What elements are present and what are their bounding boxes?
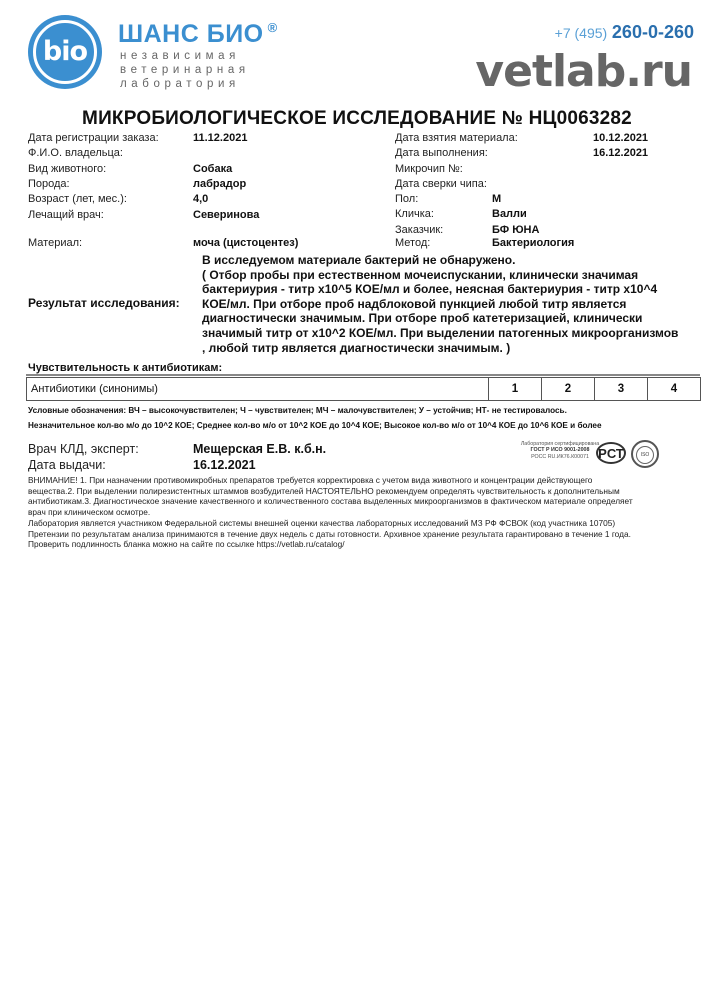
info-field-value: БФ ЮНА: [492, 224, 539, 236]
info-field-label: Дата регистрации заказа:: [28, 132, 159, 144]
lab-logo: bio: [28, 15, 102, 89]
info-field-label: Заказчик:: [395, 224, 443, 236]
pct-certification-icon: PСТ: [596, 442, 626, 464]
section-divider: [26, 374, 700, 376]
result-line: бактериурия - титр x10^5 КОЕ/мл и более,…: [202, 282, 702, 297]
result-line: КОЕ/мл. При отборе проб надблоковой пунк…: [202, 297, 702, 312]
phone-main: 260-0-260: [612, 22, 694, 42]
info-field-label: Вид животного:: [28, 163, 106, 175]
registered-mark: ®: [268, 20, 278, 35]
notes-block: ВНИМАНИЕ! 1. При назначении противомикро…: [28, 475, 698, 550]
info-field-label: Лечащий врач:: [28, 209, 104, 221]
info-field-value: М: [492, 193, 501, 205]
column-header-3: 3: [595, 378, 648, 401]
method-value: Бактериология: [492, 237, 574, 249]
legend-symbols: Условные обозначения: ВЧ – высокочувстви…: [28, 406, 567, 415]
tagline-line: лаборатория: [120, 78, 240, 90]
note-line: Проверить подлинность бланка можно на са…: [28, 539, 698, 550]
column-header-4: 4: [648, 378, 701, 401]
cert-standard: ГОСТ Р ИСО 9001-2008: [531, 447, 590, 453]
certification-text: Лаборатория сертифицирована ГОСТ Р ИСО 9…: [510, 441, 610, 460]
info-field-value: лабрадор: [193, 178, 246, 190]
info-field-label: Дата выполнения:: [395, 147, 488, 159]
result-line: , любой титр является диагностически зна…: [202, 341, 702, 356]
result-line: значимый титр от x10^2 КОЕ/мл. При выдел…: [202, 326, 702, 341]
expert-label: Врач КЛД, эксперт:: [28, 442, 139, 456]
iso-label: ISO: [636, 446, 654, 464]
info-field-value: 10.12.2021: [593, 132, 648, 144]
tagline-line: независимая: [120, 50, 240, 62]
sensitivity-title: Чувствительность к антибиотикам:: [28, 362, 222, 374]
note-line: врач при клиническом осмотре.: [28, 507, 698, 518]
phone-number: +7 (495) 260-0-260: [555, 22, 694, 43]
info-field-label: Ф.И.О. владельца:: [28, 147, 123, 159]
table-row: Антибиотики (синонимы) 1 2 3 4: [27, 378, 701, 401]
note-line: Претензии по результатам анализа принима…: [28, 529, 698, 540]
info-field-label: Пол:: [395, 193, 418, 205]
info-field-value: 4,0: [193, 193, 208, 205]
brand-name: ШАНС БИО®: [118, 20, 278, 49]
phone-prefix: +7 (495): [555, 25, 608, 41]
issue-date-value: 16.12.2021: [193, 458, 256, 472]
result-label: Результат исследования:: [28, 296, 180, 310]
note-line: антибиотикам.3. Диагностическое значение…: [28, 496, 698, 507]
result-line: ( Отбор пробы при естественном мочеиспус…: [202, 268, 702, 283]
note-line: Лаборатория является участником Федераль…: [28, 518, 698, 529]
note-line: ВНИМАНИЕ! 1. При назначении противомикро…: [28, 475, 698, 486]
document-title: МИКРОБИОЛОГИЧЕСКОЕ ИССЛЕДОВАНИЕ № НЦ0063…: [0, 108, 714, 130]
info-field-label: Дата сверки чипа:: [395, 178, 487, 190]
tagline-line: ветеринарная: [120, 64, 250, 76]
column-header-2: 2: [542, 378, 595, 401]
logo-text: bio: [28, 36, 102, 67]
expert-value: Мещерская Е.В. к.б.н.: [193, 442, 326, 456]
info-field-label: Микрочип №:: [395, 163, 463, 175]
info-field-label: Порода:: [28, 178, 70, 190]
cert-line: РОСС RU.ИК76.К00071: [510, 454, 610, 460]
result-line: диагностически значимым. При отборе проб…: [202, 311, 702, 326]
material-value: моча (цистоцентез): [193, 237, 298, 249]
brand-name-text: ШАНС БИО: [118, 20, 264, 48]
material-label: Материал:: [28, 237, 82, 249]
iso-seal-icon: ISO: [631, 440, 659, 468]
website-link[interactable]: vetlab.ru: [475, 46, 692, 97]
info-field-label: Дата взятия материала:: [395, 132, 518, 144]
info-field-value: 16.12.2021: [593, 147, 648, 159]
info-field-value: Валли: [492, 208, 527, 220]
antibiotic-header-cell: Антибиотики (синонимы): [27, 378, 489, 401]
info-field-value: Северинова: [193, 209, 259, 221]
info-field-label: Возраст (лет, мес.):: [28, 193, 127, 205]
result-text: В исследуемом материале бактерий не обна…: [202, 253, 702, 355]
column-header-1: 1: [489, 378, 542, 401]
info-field-label: Кличка:: [395, 208, 434, 220]
antibiotic-table: Антибиотики (синонимы) 1 2 3 4: [26, 377, 701, 401]
method-label: Метод:: [395, 237, 430, 249]
legend-quantities: Незначительное кол-во м/о до 10^2 КОЕ; С…: [28, 421, 602, 430]
note-line: вещества.2. При выделении полирезистентн…: [28, 486, 698, 497]
result-line: В исследуемом материале бактерий не обна…: [202, 253, 702, 268]
issue-date-label: Дата выдачи:: [28, 458, 106, 472]
info-field-value: Собака: [193, 163, 232, 175]
info-field-value: 11.12.2021: [193, 132, 247, 144]
